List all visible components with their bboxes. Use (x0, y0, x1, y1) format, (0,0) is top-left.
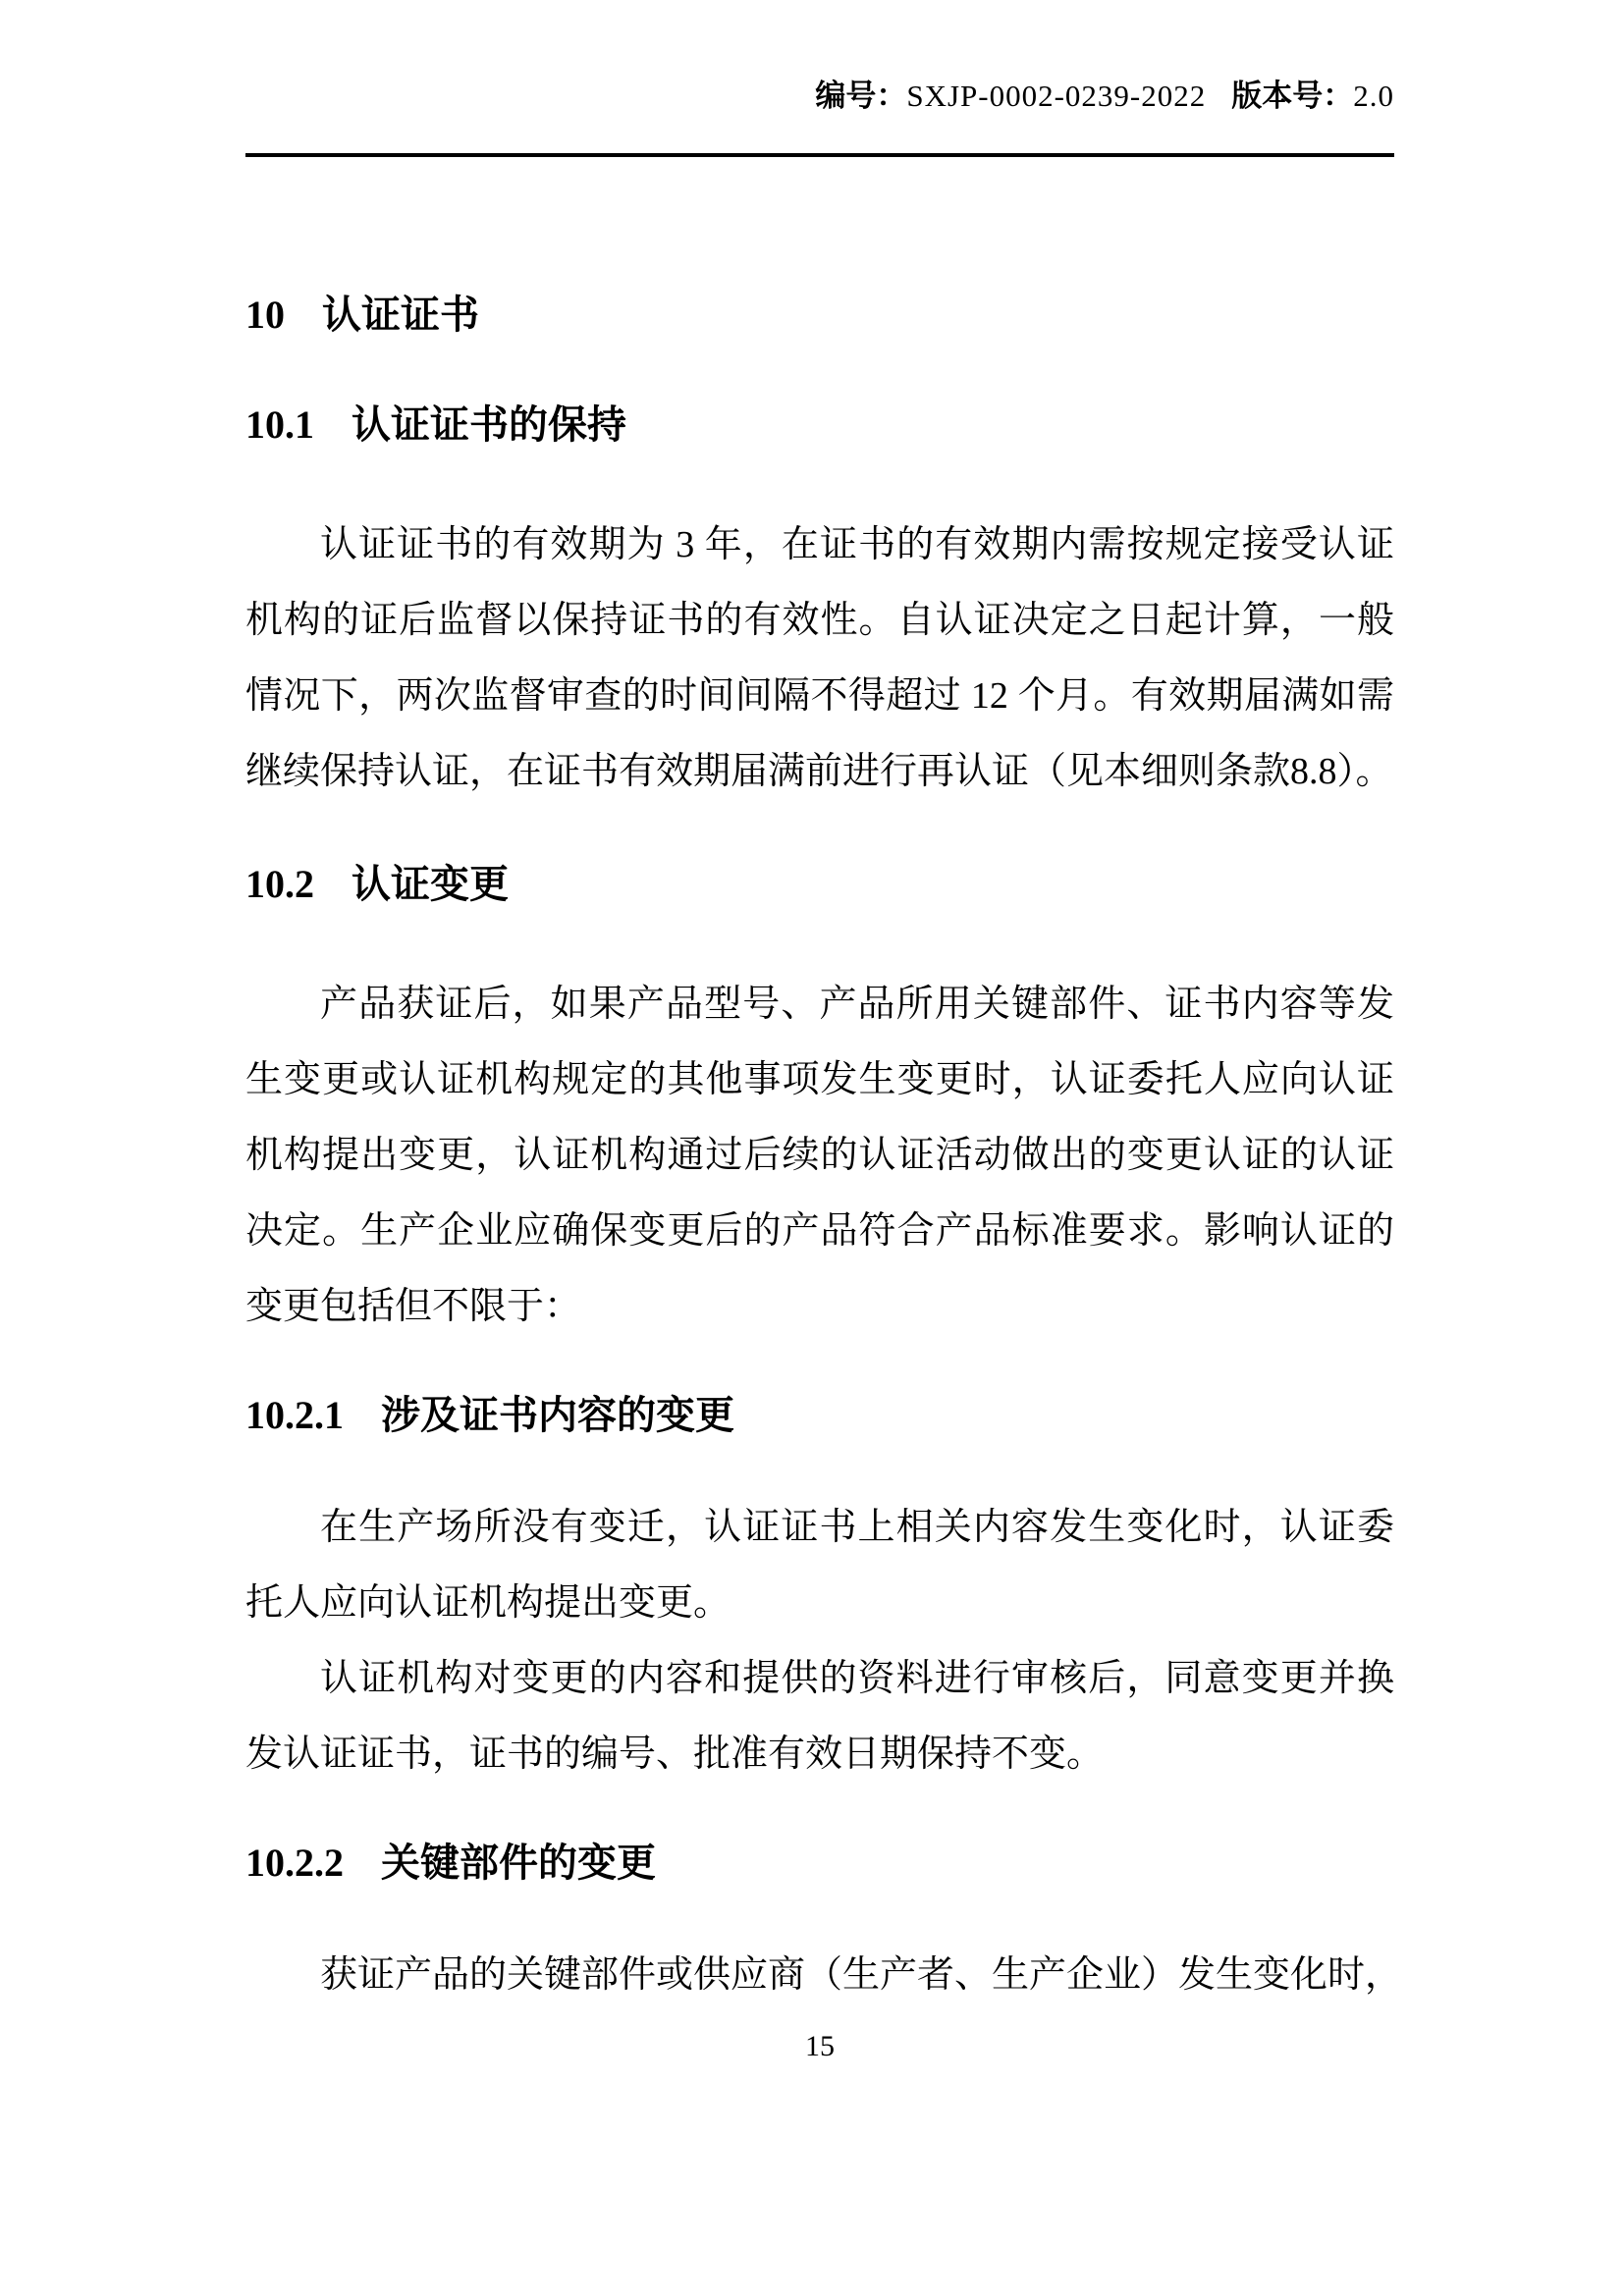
paragraph-10-2-2: 获证产品的关键部件或供应商（生产者、生产企业）发生变化时， (245, 1938, 1394, 2013)
doc-code-label: 编号： (815, 79, 906, 113)
section-title: 关键部件的变更 (381, 1842, 656, 1885)
section-heading-10: 10认证证书 (245, 292, 1394, 339)
section-heading-10-2-2: 10.2.2关键部件的变更 (245, 1840, 1394, 1887)
doc-version-value: 2.0 (1353, 79, 1394, 113)
paragraph-10-2-1-a: 在生产场所没有变迁，认证证书上相关内容发生变化时，认证委托人应向认证机构提出变更… (245, 1490, 1394, 1641)
section-heading-10-1: 10.1认证证书的保持 (245, 401, 1394, 449)
section-number: 10.1 (245, 402, 314, 447)
section-number: 10.2.2 (245, 1841, 344, 1885)
doc-code-value: SXJP-0002-0239-2022 (906, 79, 1206, 113)
section-number: 10.2 (245, 862, 314, 906)
header-divider-rule (245, 153, 1394, 157)
document-page: 编号：SXJP-0002-0239-2022版本号：2.0 10认证证书 10.… (0, 0, 1624, 2296)
section-title: 涉及证书内容的变更 (381, 1394, 734, 1437)
section-title: 认证证书 (322, 294, 479, 337)
section-number: 10.2.1 (245, 1393, 344, 1437)
page-number: 15 (245, 2029, 1394, 2064)
page-content: 编号：SXJP-0002-0239-2022版本号：2.0 10认证证书 10.… (245, 0, 1394, 2064)
section-number: 10 (245, 293, 285, 337)
doc-version-label: 版本号： (1231, 79, 1353, 113)
paragraph-10-2: 产品获证后，如果产品型号、产品所用关键部件、证书内容等发生变更或认证机构规定的其… (245, 967, 1394, 1345)
paragraph-10-2-1-b: 认证机构对变更的内容和提供的资料进行审核后，同意变更并换发认证证书，证书的编号、… (245, 1641, 1394, 1792)
section-title: 认证证书的保持 (352, 403, 626, 447)
paragraph-10-1: 认证证书的有效期为 3 年，在证书的有效期内需按规定接受认证机构的证后监督以保持… (245, 507, 1394, 810)
section-heading-10-2: 10.2认证变更 (245, 861, 1394, 908)
section-title: 认证变更 (352, 863, 509, 906)
document-header: 编号：SXJP-0002-0239-2022版本号：2.0 (245, 0, 1394, 114)
section-heading-10-2-1: 10.2.1涉及证书内容的变更 (245, 1392, 1394, 1439)
